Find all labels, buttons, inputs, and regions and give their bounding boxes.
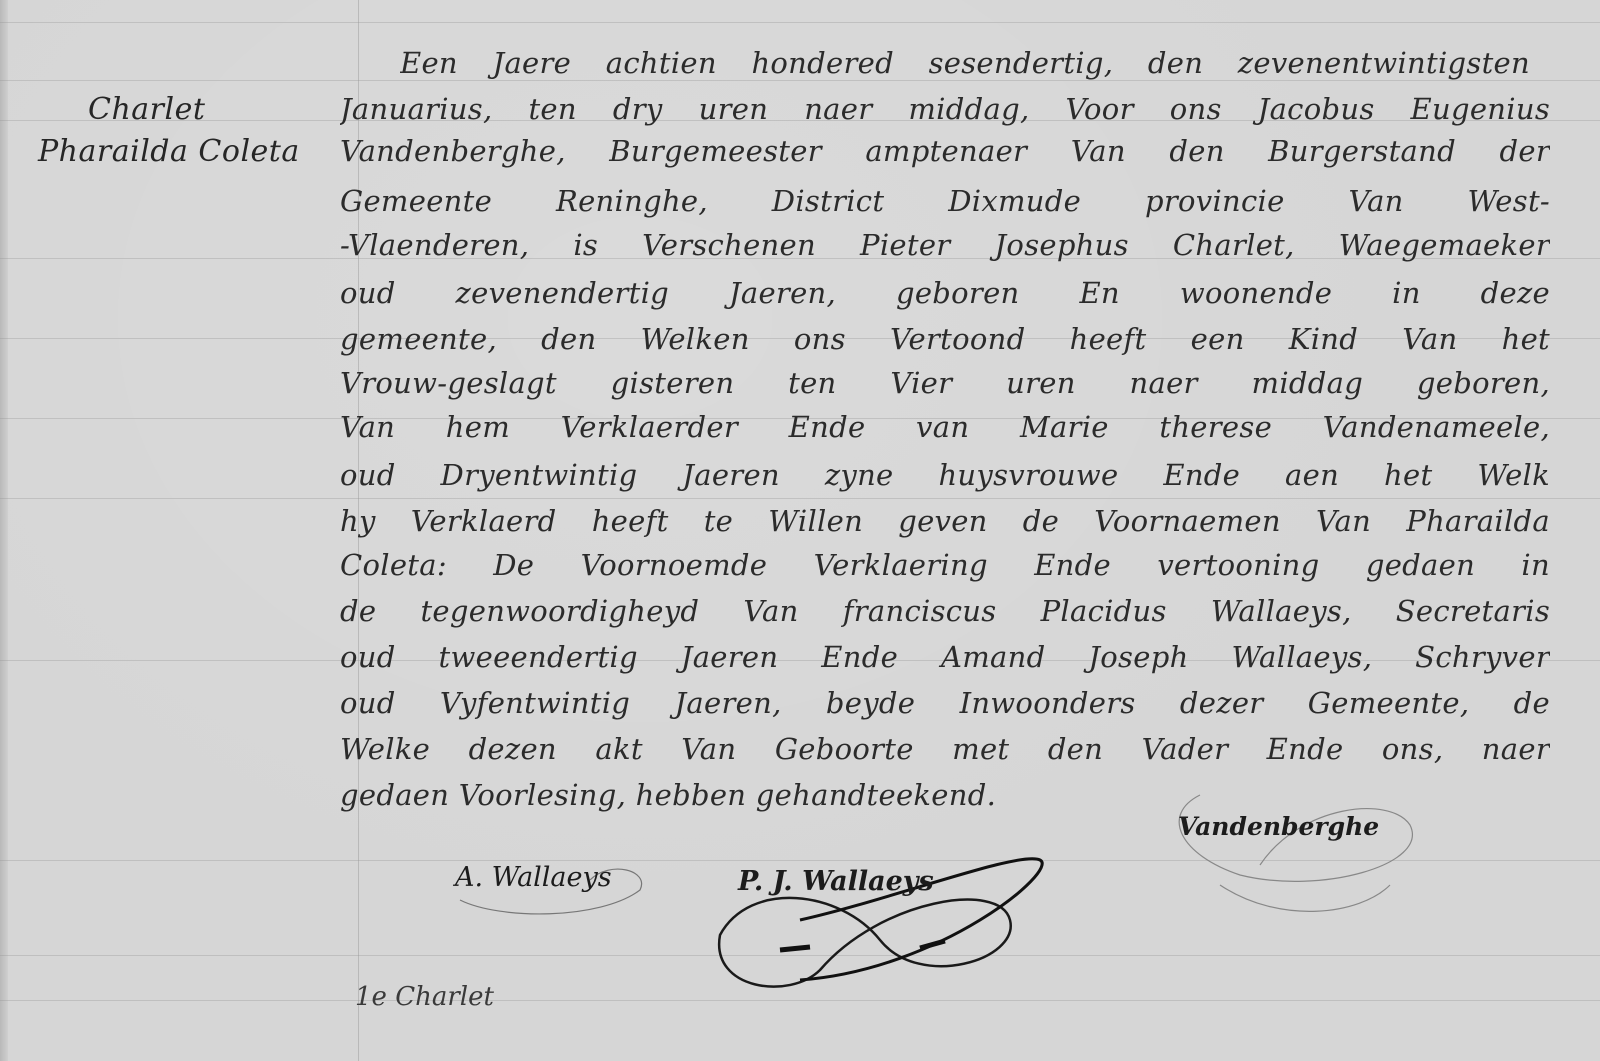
- body-line-8: Vrouw-geslagt gisteren ten Vier uren nae…: [340, 366, 1550, 400]
- ruled-line: [0, 1000, 1600, 1001]
- body-line-16: Welke dezen akt Van Geboorte met den Vad…: [340, 732, 1550, 766]
- signature-flourish: [690, 840, 1110, 1000]
- body-line-6: oud zevenendertig Jaeren, geboren En woo…: [340, 276, 1550, 310]
- signature-pj-wallaeys: P. J. Wallaeys: [738, 866, 934, 897]
- body-line-2: Januarius, ten dry uren naer middag, Voo…: [340, 92, 1550, 126]
- margin-given-names: Pharailda Coleta: [38, 134, 300, 169]
- signature-vandenberghe: Vandenberghe: [1178, 812, 1379, 841]
- body-line-9: Van hem Verklaerder Ende van Marie there…: [340, 410, 1550, 444]
- body-line-13: de tegenwoordigheyd Van franciscus Placi…: [340, 594, 1550, 628]
- ruled-line: [0, 955, 1600, 956]
- body-line-12: Coleta: De Voornoemde Verklaering Ende v…: [340, 548, 1550, 582]
- page-binding-edge: [0, 0, 8, 1061]
- body-line-10: oud Dryentwintig Jaeren zyne huysvrouwe …: [340, 458, 1550, 492]
- body-line-3: Vandenberghe, Burgemeester amptenaer Van…: [340, 134, 1550, 168]
- next-entry-margin-label: 1e Charlet: [355, 982, 494, 1012]
- body-line-15: oud Vyfentwintig Jaeren, beyde Inwoonder…: [340, 686, 1550, 720]
- body-line-17: gedaen Voorlesing, hebben gehandteekend.: [340, 778, 1550, 812]
- ruled-line: [0, 860, 1600, 861]
- body-line-4: Gemeente Reninghe, District Dixmude prov…: [340, 184, 1550, 218]
- ruled-line: [0, 80, 1600, 81]
- body-line-1: Een Jaere achtien hondered sesendertig, …: [400, 46, 1530, 80]
- register-page: Charlet Pharailda Coleta Een Jaere achti…: [0, 0, 1600, 1061]
- signature-a-wallaeys: A. Wallaeys: [455, 862, 612, 893]
- body-line-11: hy Verklaerd heeft te Willen geven de Vo…: [340, 504, 1550, 538]
- ruled-line: [0, 498, 1600, 499]
- body-line-7: gemeente, den Welken ons Vertoond heeft …: [340, 322, 1550, 356]
- body-line-14: oud tweeendertig Jaeren Ende Amand Josep…: [340, 640, 1550, 674]
- margin-surname: Charlet: [88, 92, 205, 127]
- ruled-line: [0, 22, 1600, 23]
- body-line-5: -Vlaenderen, is Verschenen Pieter Joseph…: [340, 228, 1550, 262]
